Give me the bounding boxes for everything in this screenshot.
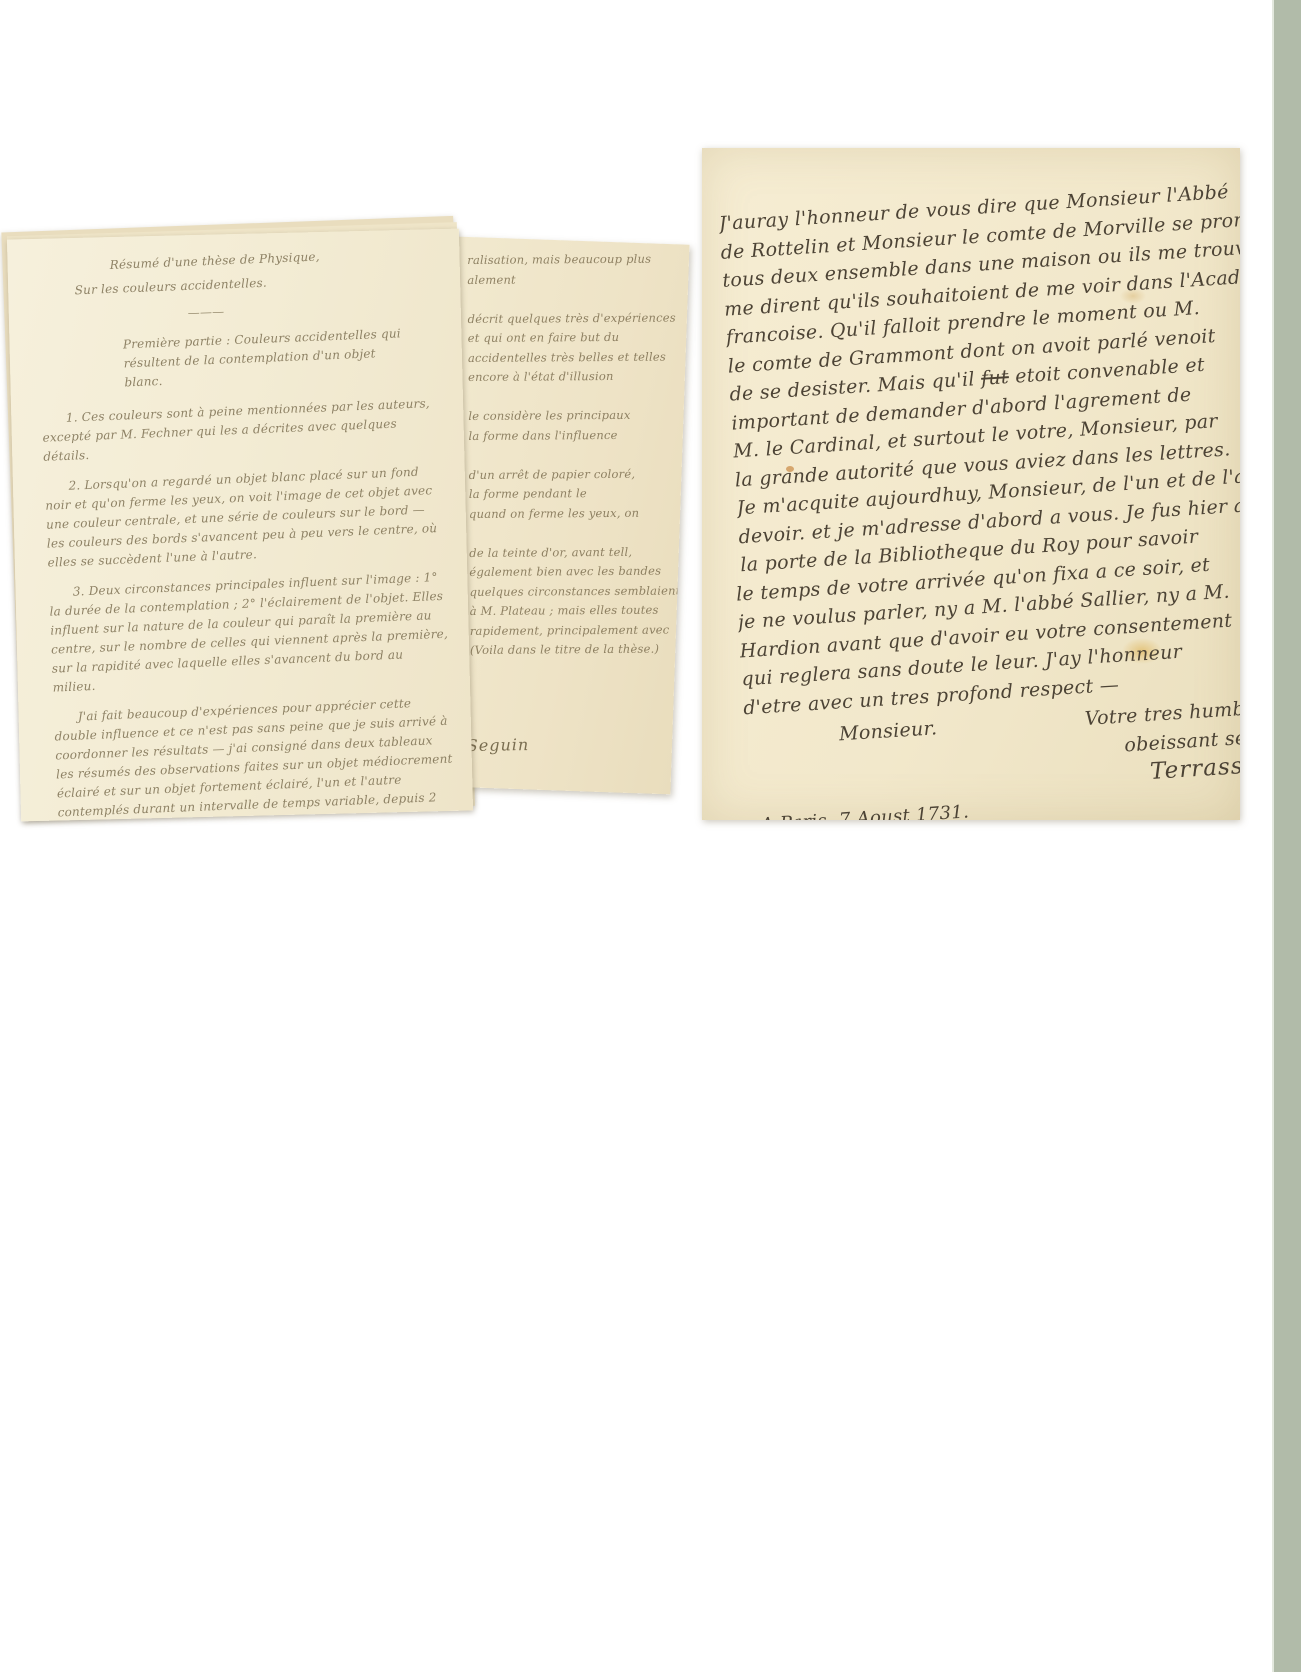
handwritten-line-fragment: alement	[467, 268, 689, 290]
handwritten-line-fragment: accidentelles très belles et telles	[468, 346, 690, 368]
letter-body-text: J'auray l'honneur de vous dire que Monsi…	[718, 171, 1240, 820]
handwritten-line-fragment: et qui ont en faire but du	[468, 327, 690, 349]
handwritten-line-fragment: de la teinte d'or, avant tell,	[469, 541, 689, 563]
handwritten-line-fragment: quelques circonstances semblaient	[469, 580, 689, 602]
handwritten-line-fragment	[468, 385, 689, 407]
thesis-section-heading: Première partie : Couleurs accidentelles…	[123, 324, 405, 392]
divider-flourish: ———	[187, 294, 436, 323]
handwritten-paragraph: 3. Deux circonstances principales influe…	[48, 568, 450, 698]
thesis-manuscript: ralisation, mais beaucoup plusalementdéc…	[14, 220, 668, 824]
book-page-photo: ralisation, mais beaucoup plusalementdéc…	[0, 0, 1301, 1672]
letter-salutation: Monsieur.	[838, 714, 938, 749]
handwritten-line-fragment: décrit quelques très d'expériences	[468, 307, 690, 329]
handwritten-line-fragment: encore à l'état d'illusion	[468, 366, 690, 388]
handwritten-line-fragment	[469, 444, 690, 466]
decorative-green-strip	[1272, 0, 1301, 1672]
terrasson-letter-page: J'auray l'honneur de vous dire que Monsi…	[702, 148, 1240, 820]
handwritten-line-fragment: (Voila dans le titre de la thèse.)	[470, 639, 690, 661]
handwritten-line-fragment	[469, 522, 689, 544]
letter-lines-bottom: important de demander d'abord l'agrement…	[731, 370, 1240, 722]
handwritten-line-fragment: d'un arrêt de papier coloré,	[469, 463, 690, 485]
handwritten-line-fragment: rapidement, principalement avec	[470, 619, 690, 641]
struck-out-word: fut	[980, 366, 1009, 390]
handwritten-line-fragment: ralisation, mais beaucoup plus	[467, 249, 689, 271]
handwritten-line-fragment: à M. Plateau ; mais elles toutes	[470, 600, 690, 622]
thesis-paragraphs: 1. Ces couleurs sont à peine mentionnées…	[41, 394, 458, 822]
thesis-page-1: Résumé d'une thèse de Physique, Sur les …	[7, 229, 473, 822]
handwritten-line-fragment	[467, 288, 689, 310]
handwritten-paragraph: 1. Ces couleurs sont à peine mentionnées…	[41, 394, 441, 467]
thesis-page-2-text: ralisation, mais beaucoup plusalementdéc…	[467, 249, 689, 661]
handwritten-line-fragment: la forme pendant le	[469, 483, 690, 505]
handwritten-paragraph: 2. Lorsqu'on a regardé un objet blanc pl…	[44, 462, 445, 573]
handwritten-line-fragment: le considère les principaux	[468, 405, 689, 427]
handwritten-line-fragment: la forme dans l'influence	[468, 424, 689, 446]
thesis-page-1-text: Résumé d'une thèse de Physique, Sur les …	[35, 243, 458, 821]
handwritten-line-fragment: quand on ferme les yeux, on	[469, 502, 690, 524]
handwritten-line-fragment: également bien avec les bandes	[469, 561, 689, 583]
letter-lines-top: J'auray l'honneur de vous dire que Monsi…	[718, 171, 1240, 381]
handwritten-paragraph: J'ai fait beaucoup d'expériences pour ap…	[53, 693, 456, 822]
